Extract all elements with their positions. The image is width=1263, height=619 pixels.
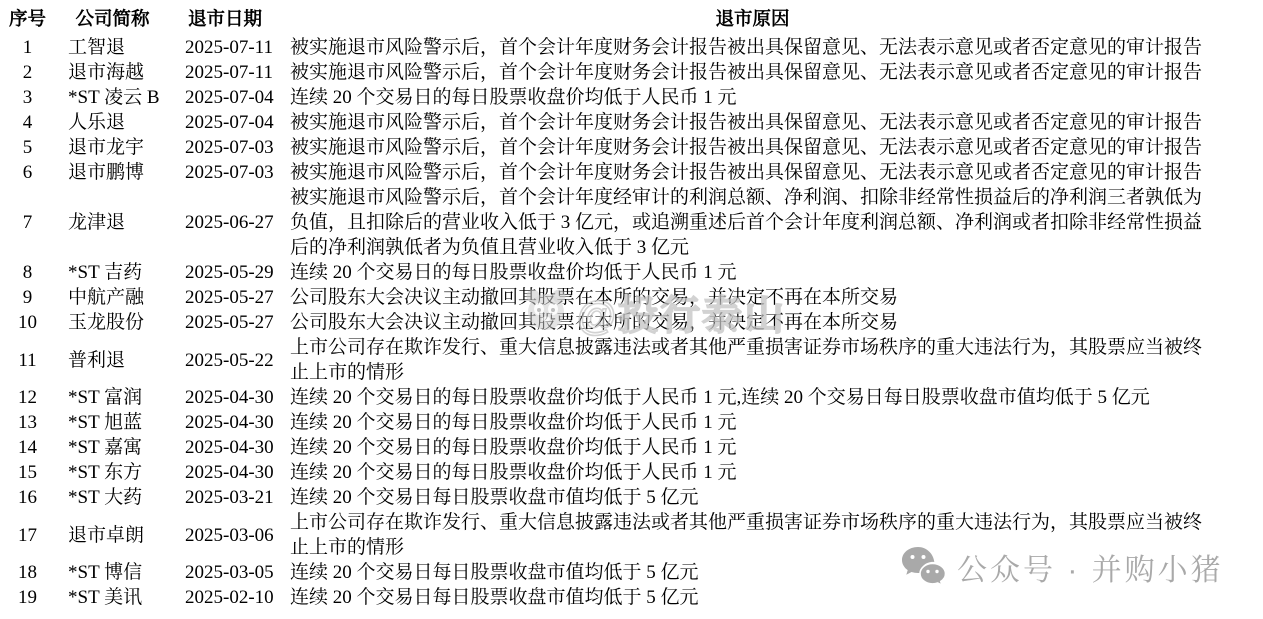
delist-date: 2025-04-30: [170, 435, 280, 460]
table-row: 14*ST 嘉寓2025-04-30连续 20 个交易日的每日股票收盘价均低于人…: [0, 435, 1263, 460]
header-row: 序号 公司简称 退市日期 退市原因: [0, 5, 1263, 35]
delist-reason: 连续 20 个交易日的每日股票收盘价均低于人民币 1 元: [280, 410, 1263, 435]
delist-date: 2025-05-29: [170, 260, 280, 285]
row-number: 18: [0, 560, 55, 585]
company-name: 普利退: [55, 335, 170, 385]
delisting-table: 序号 公司简称 退市日期 退市原因 1工智退2025-07-11被实施退市风险警…: [0, 5, 1263, 610]
delist-date: 2025-05-27: [170, 285, 280, 310]
table-row: 5退市龙宇2025-07-03被实施退市风险警示后，首个会计年度财务会计报告被出…: [0, 135, 1263, 160]
row-number: 4: [0, 110, 55, 135]
delist-reason: 被实施退市风险警示后，首个会计年度财务会计报告被出具保留意见、无法表示意见或者否…: [280, 110, 1263, 135]
delist-reason: 连续 20 个交易日每日股票收盘市值均低于 5 亿元: [280, 485, 1263, 510]
company-name: 退市鹏博: [55, 160, 170, 185]
delist-date: 2025-07-11: [170, 60, 280, 85]
delist-reason: 连续 20 个交易日的每日股票收盘价均低于人民币 1 元: [280, 260, 1263, 285]
row-number: 7: [0, 185, 55, 260]
company-name: 退市海越: [55, 60, 170, 85]
header-no: 序号: [0, 5, 55, 35]
row-number: 12: [0, 385, 55, 410]
table-row: 3*ST 凌云 B2025-07-04连续 20 个交易日的每日股票收盘价均低于…: [0, 85, 1263, 110]
delist-date: 2025-04-30: [170, 410, 280, 435]
header-reason: 退市原因: [280, 5, 1263, 35]
table-row: 19*ST 美讯2025-02-10连续 20 个交易日每日股票收盘市值均低于 …: [0, 585, 1263, 610]
company-name: *ST 凌云 B: [55, 85, 170, 110]
delist-date: 2025-03-21: [170, 485, 280, 510]
table-row: 16*ST 大药2025-03-21连续 20 个交易日每日股票收盘市值均低于 …: [0, 485, 1263, 510]
table-row: 11普利退2025-05-22上市公司存在欺诈发行、重大信息披露违法或者其他严重…: [0, 335, 1263, 385]
table-row: 9中航产融2025-05-27公司股东大会决议主动撤回其股票在本所的交易，并决定…: [0, 285, 1263, 310]
delist-reason: 被实施退市风险警示后，首个会计年度财务会计报告被出具保留意见、无法表示意见或者否…: [280, 35, 1263, 60]
delist-reason: 连续 20 个交易日的每日股票收盘价均低于人民币 1 元: [280, 460, 1263, 485]
delist-reason: 连续 20 个交易日的每日股票收盘价均低于人民币 1 元,连续 20 个交易日每…: [280, 385, 1263, 410]
table-row: 1工智退2025-07-11被实施退市风险警示后，首个会计年度财务会计报告被出具…: [0, 35, 1263, 60]
delisting-table-page: 序号 公司简称 退市日期 退市原因 1工智退2025-07-11被实施退市风险警…: [0, 0, 1263, 619]
header-company: 公司简称: [55, 5, 170, 35]
company-name: *ST 美讯: [55, 585, 170, 610]
table-row: 17退市卓朗2025-03-06上市公司存在欺诈发行、重大信息披露违法或者其他严…: [0, 510, 1263, 560]
delist-reason: 被实施退市风险警示后，首个会计年度财务会计报告被出具保留意见、无法表示意见或者否…: [280, 60, 1263, 85]
delist-date: 2025-07-11: [170, 35, 280, 60]
table-row: 6退市鹏博2025-07-03被实施退市风险警示后，首个会计年度财务会计报告被出…: [0, 160, 1263, 185]
header-date: 退市日期: [170, 5, 280, 35]
row-number: 19: [0, 585, 55, 610]
company-name: *ST 富润: [55, 385, 170, 410]
table-row: 4人乐退2025-07-04被实施退市风险警示后，首个会计年度财务会计报告被出具…: [0, 110, 1263, 135]
company-name: *ST 吉药: [55, 260, 170, 285]
delist-reason: 连续 20 个交易日的每日股票收盘价均低于人民币 1 元: [280, 85, 1263, 110]
row-number: 9: [0, 285, 55, 310]
delist-date: 2025-03-06: [170, 510, 280, 560]
table-row: 13*ST 旭蓝2025-04-30连续 20 个交易日的每日股票收盘价均低于人…: [0, 410, 1263, 435]
company-name: 玉龙股份: [55, 310, 170, 335]
table-row: 10玉龙股份2025-05-27公司股东大会决议主动撤回其股票在本所的交易，并决…: [0, 310, 1263, 335]
row-number: 11: [0, 335, 55, 385]
row-number: 16: [0, 485, 55, 510]
delist-date: 2025-07-04: [170, 110, 280, 135]
row-number: 17: [0, 510, 55, 560]
delist-reason: 连续 20 个交易日每日股票收盘市值均低于 5 亿元: [280, 585, 1263, 610]
company-name: *ST 大药: [55, 485, 170, 510]
delist-date: 2025-04-30: [170, 385, 280, 410]
delist-reason: 被实施退市风险警示后，首个会计年度财务会计报告被出具保留意见、无法表示意见或者否…: [280, 135, 1263, 160]
row-number: 10: [0, 310, 55, 335]
company-name: *ST 东方: [55, 460, 170, 485]
row-number: 13: [0, 410, 55, 435]
company-name: 人乐退: [55, 110, 170, 135]
table-row: 7龙津退2025-06-27被实施退市风险警示后，首个会计年度经审计的利润总额、…: [0, 185, 1263, 260]
row-number: 14: [0, 435, 55, 460]
company-name: 龙津退: [55, 185, 170, 260]
delist-date: 2025-03-05: [170, 560, 280, 585]
delist-date: 2025-07-03: [170, 135, 280, 160]
table-row: 12*ST 富润2025-04-30连续 20 个交易日的每日股票收盘价均低于人…: [0, 385, 1263, 410]
table-body: 1工智退2025-07-11被实施退市风险警示后，首个会计年度财务会计报告被出具…: [0, 35, 1263, 610]
table-header: 序号 公司简称 退市日期 退市原因: [0, 5, 1263, 35]
delist-reason: 公司股东大会决议主动撤回其股票在本所的交易，并决定不再在本所交易: [280, 285, 1263, 310]
table-row: 8*ST 吉药2025-05-29连续 20 个交易日的每日股票收盘价均低于人民…: [0, 260, 1263, 285]
company-name: 工智退: [55, 35, 170, 60]
delist-reason: 连续 20 个交易日每日股票收盘市值均低于 5 亿元: [280, 560, 1263, 585]
row-number: 6: [0, 160, 55, 185]
table-row: 18*ST 博信2025-03-05连续 20 个交易日每日股票收盘市值均低于 …: [0, 560, 1263, 585]
company-name: 中航产融: [55, 285, 170, 310]
delist-date: 2025-05-22: [170, 335, 280, 385]
row-number: 15: [0, 460, 55, 485]
row-number: 3: [0, 85, 55, 110]
delist-reason: 被实施退市风险警示后，首个会计年度经审计的利润总额、净利润、扣除非经常性损益后的…: [280, 185, 1263, 260]
delist-reason: 被实施退市风险警示后，首个会计年度财务会计报告被出具保留意见、无法表示意见或者否…: [280, 160, 1263, 185]
row-number: 1: [0, 35, 55, 60]
delist-date: 2025-05-27: [170, 310, 280, 335]
row-number: 2: [0, 60, 55, 85]
delist-date: 2025-07-04: [170, 85, 280, 110]
company-name: 退市龙宇: [55, 135, 170, 160]
table-row: 2退市海越2025-07-11被实施退市风险警示后，首个会计年度财务会计报告被出…: [0, 60, 1263, 85]
delist-date: 2025-02-10: [170, 585, 280, 610]
company-name: *ST 嘉寓: [55, 435, 170, 460]
table-row: 15*ST 东方2025-04-30连续 20 个交易日的每日股票收盘价均低于人…: [0, 460, 1263, 485]
company-name: *ST 博信: [55, 560, 170, 585]
company-name: 退市卓朗: [55, 510, 170, 560]
delist-reason: 上市公司存在欺诈发行、重大信息披露违法或者其他严重损害证券市场秩序的重大违法行为…: [280, 335, 1263, 385]
delist-reason: 公司股东大会决议主动撤回其股票在本所的交易，并决定不再在本所交易: [280, 310, 1263, 335]
delist-date: 2025-06-27: [170, 185, 280, 260]
row-number: 5: [0, 135, 55, 160]
delist-date: 2025-04-30: [170, 460, 280, 485]
delist-reason: 连续 20 个交易日的每日股票收盘价均低于人民币 1 元: [280, 435, 1263, 460]
row-number: 8: [0, 260, 55, 285]
delist-date: 2025-07-03: [170, 160, 280, 185]
delist-reason: 上市公司存在欺诈发行、重大信息披露违法或者其他严重损害证券市场秩序的重大违法行为…: [280, 510, 1263, 560]
company-name: *ST 旭蓝: [55, 410, 170, 435]
